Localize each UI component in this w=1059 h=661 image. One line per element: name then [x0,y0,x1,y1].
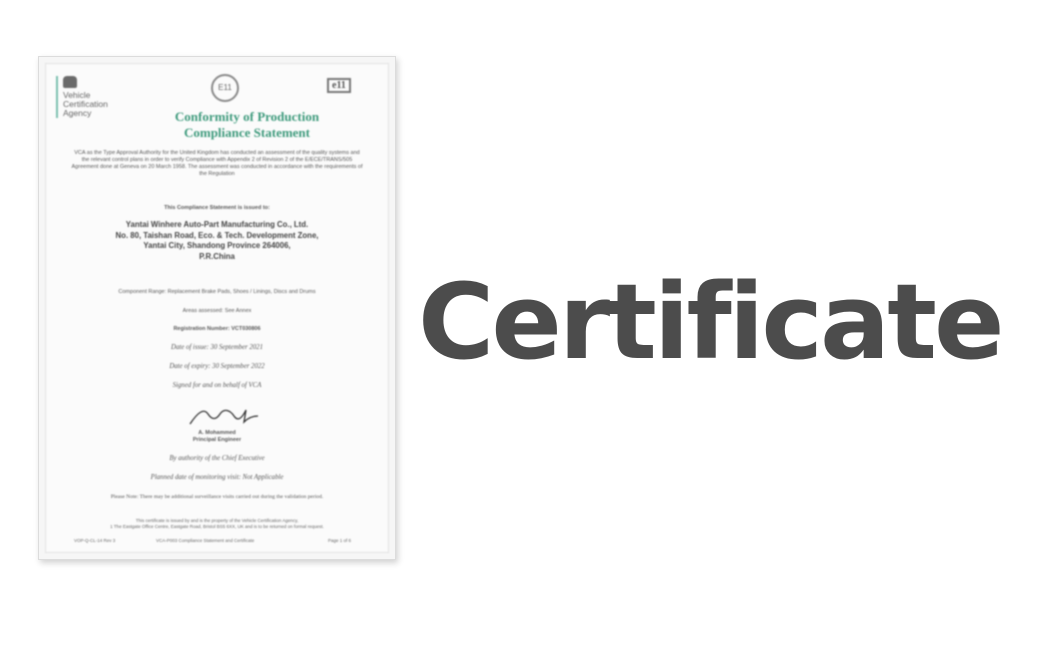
registration-number: Registration Number: VCT030806 [46,326,388,332]
company-line: No. 80, Taishan Road, Eco. & Tech. Devel… [46,231,388,242]
footer-page: Page 1 of 6 [328,538,351,543]
planned-visit: Planned date of monitoring visit: Not Ap… [46,474,388,481]
footer-ref: VOP-Q-CL-14 Rev 3 [74,538,115,543]
areas-assessed: Areas assessed: See Annex [46,308,388,314]
signatory-title: Principal Engineer [46,437,388,443]
intro-paragraph: VCA as the Type Approval Authority for t… [71,150,363,178]
company-address: Yantai Winhere Auto-Part Manufacturing C… [46,220,388,262]
e-mark-emblem-icon: E11 [211,74,239,102]
signature-icon [186,404,261,428]
company-line: Yantai Winhere Auto-Part Manufacturing C… [46,220,388,231]
royal-crest-icon [63,76,77,88]
company-line: P.R.China [46,252,388,263]
date-of-expiry: Date of expiry: 30 September 2022 [46,363,388,370]
certificate-headline: Certificate [418,262,1001,382]
component-range: Component Range: Replacement Brake Pads,… [46,289,388,295]
signatory-name: A. Mohammed [46,430,388,436]
date-of-issue: Date of issue: 30 September 2021 [46,344,388,351]
certificate-page: Vehicle Certification Agency E11 e11 Con… [45,63,389,553]
authority-line: By authority of the Chief Executive [46,455,388,462]
title-line-2: Compliance Statement [106,125,388,141]
title-line-1: Conformity of Production [106,109,388,125]
footer-line-1: This certificate is issued by and is the… [46,518,388,523]
company-line: Yantai City, Shandong Province 264006, [46,241,388,252]
footer-line-2: 1 The Eastgate Office Centre, Eastgate R… [46,524,388,529]
footer-doc: VCA-P003 Compliance Statement and Certif… [156,538,254,543]
document-title: Conformity of Production Compliance Stat… [106,109,388,141]
note-line: Please Note: There may be additional sur… [46,494,388,500]
certificate-document-image: Vehicle Certification Agency E11 e11 Con… [38,56,396,560]
e11-badge: e11 [327,78,351,93]
signed-for: Signed for and on behalf of VCA [46,382,388,389]
issued-to-label: This Compliance Statement is issued to: [46,205,388,211]
